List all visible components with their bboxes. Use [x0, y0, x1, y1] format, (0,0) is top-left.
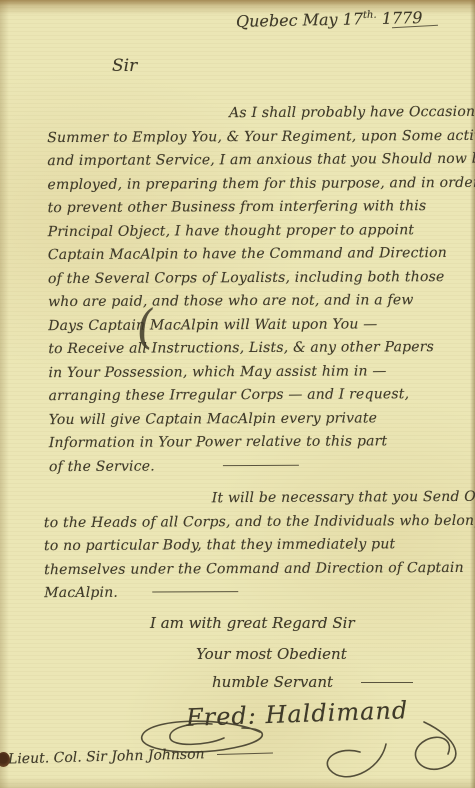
manuscript-line: in Your Possession, which May assist him…: [48, 359, 466, 385]
body-paragraph-1: As I shall probably have Occasion this S…: [47, 101, 467, 479]
closing-regards: I am with great Regard Sir: [150, 614, 355, 632]
salutation: Sir: [112, 56, 137, 76]
manuscript-line: Days Captain MacAlpin will Wait upon You…: [48, 312, 466, 338]
manuscript-line: As I shall probably have Occasion this: [47, 101, 465, 127]
body-paragraph-2: It will be necessary that you Send Order…: [44, 486, 465, 606]
manuscript-line: to Receive all Instructions, Lists, & an…: [48, 336, 466, 362]
manuscript-line: of the Several Corps of Loyalists, inclu…: [48, 265, 466, 291]
manuscript-line: themselves under the Command and Directi…: [44, 557, 464, 583]
manuscript-line: and important Service, I am anxious that…: [47, 148, 465, 174]
dateline-place-day: Quebec May 17: [236, 9, 363, 31]
ink-rule: [217, 753, 273, 755]
manuscript-line: to prevent other Business from interferi…: [48, 195, 466, 221]
manuscript-line: Principal Object, I have thought proper …: [48, 218, 466, 244]
manuscript-line: Information in Your Power relative to th…: [49, 430, 467, 456]
manuscript-line: who are paid, and those who are not, and…: [48, 289, 466, 315]
manuscript-line: You will give Captain MacAlpin every pri…: [49, 406, 467, 432]
closing-obedient: Your most Obedient: [196, 645, 347, 663]
manuscript-line: It will be necessary that you Send Order…: [44, 486, 464, 512]
manuscript-line: to the Heads of all Corps, and to the In…: [44, 509, 464, 535]
manuscript-line: arranging these Irregular Corps — and I …: [48, 383, 466, 409]
ink-rule: [223, 464, 299, 465]
manuscript-line: MacAlpin.: [44, 580, 464, 606]
manuscript-line: of the Service.: [49, 453, 467, 479]
manuscript-line: Captain MacAlpin to have the Command and…: [48, 242, 466, 268]
manuscript-line: to no particular Body, that they immedia…: [44, 533, 464, 559]
ink-rule: [152, 591, 238, 592]
manuscript-line-text: MacAlpin.: [44, 585, 118, 601]
ink-rule: [361, 682, 413, 683]
manuscript-line: employed, in preparing them for this pur…: [47, 171, 465, 197]
dateline-ordinal: th.: [363, 10, 377, 21]
manuscript-line: Summer to Employ You, & Your Regiment, u…: [47, 124, 465, 150]
manuscript-letter-page: Quebec May 17th. 1779 Sir As I shall pro…: [0, 0, 475, 788]
manuscript-line-text: of the Service.: [49, 458, 155, 475]
signature-block: Fred: Haldimand: [128, 688, 473, 786]
